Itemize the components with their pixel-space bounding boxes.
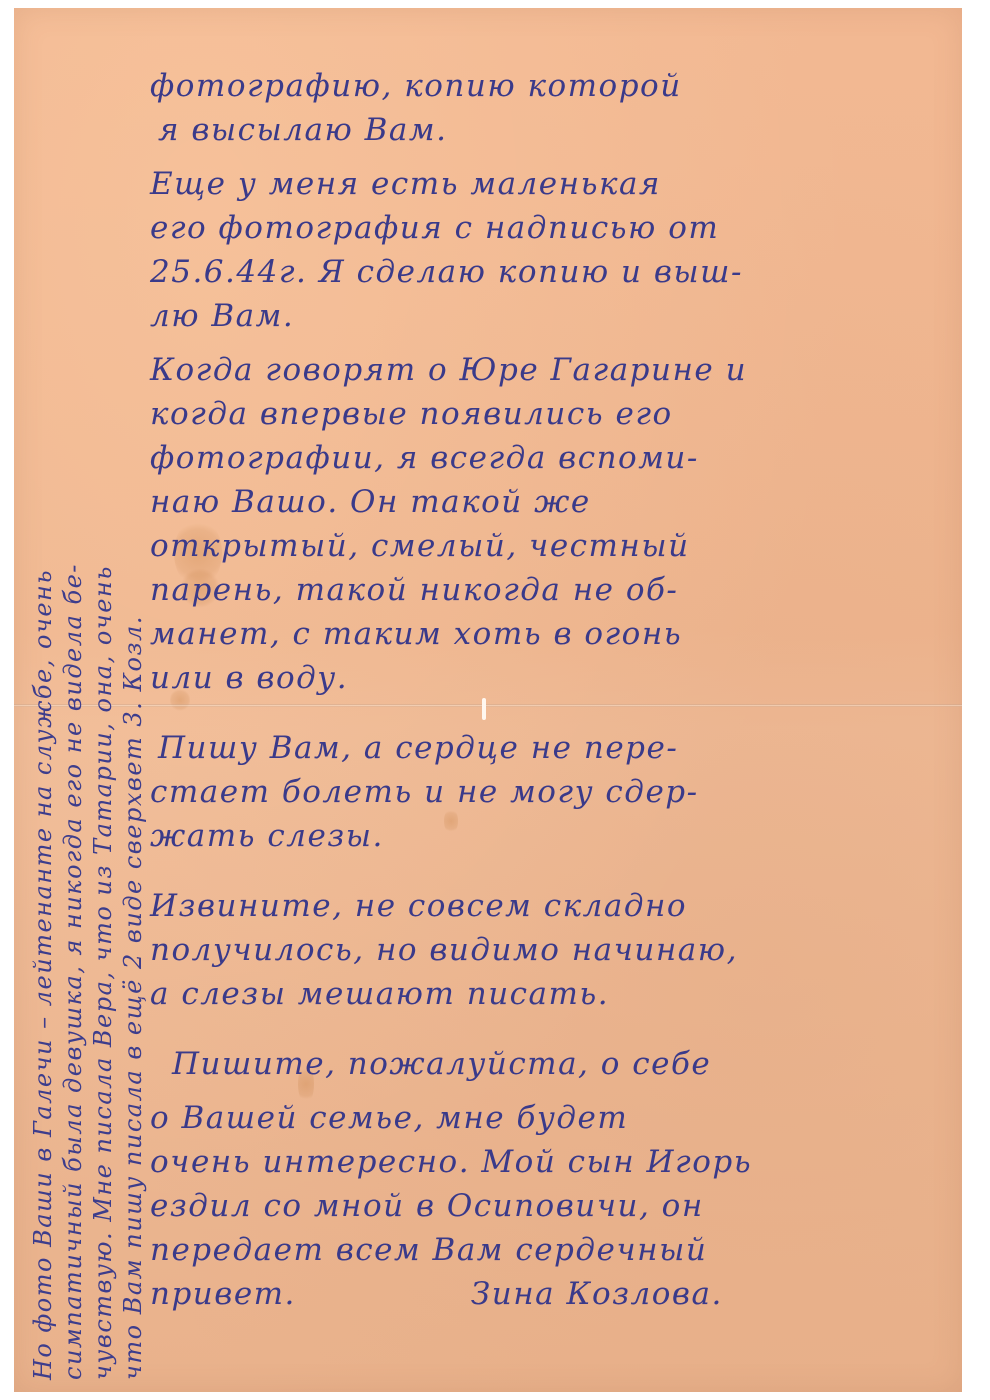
letter-line: 25.6.44г. Я сделаю копию и выш- — [150, 250, 950, 294]
letter-line: парень, такой никогда не об- — [150, 568, 950, 612]
letter-line: Еще у меня есть маленькая — [150, 162, 950, 206]
letter-line: манет, с таким хоть в огонь — [150, 612, 950, 656]
letter-line: Извините, не совсем складно — [150, 884, 950, 928]
letter-line: Пишу Вам, а сердце не пере- — [150, 726, 950, 770]
letter-line: Когда говорят о Юре Гагарине и — [150, 348, 950, 392]
letter-line: фотографию, копию которой — [150, 64, 950, 108]
margin-note: Но фото Ваши в Галечи – лейтенанте на сл… — [28, 80, 148, 1380]
margin-line: Но фото Ваши в Галечи – лейтенанте на сл… — [28, 80, 58, 1380]
letter-line: или в воду. — [150, 656, 950, 700]
letter-line: жать слезы. — [150, 814, 950, 858]
letter-line: когда впервые появились его — [150, 392, 950, 436]
letter-line: фотографии, я всегда вспоми- — [150, 436, 950, 480]
closing-word: привет. — [150, 1276, 296, 1312]
letter-line: стает болеть и не могу сдер- — [150, 770, 950, 814]
letter-line: очень интересно. Мой сын Игорь — [150, 1140, 950, 1184]
letter-line: открытый, смелый, честный — [150, 524, 950, 568]
signature: Зина Козлова. — [296, 1276, 723, 1312]
letter-line: Пишите, пожалуйста, о себе — [150, 1042, 950, 1086]
letter-body: фотографию, копию которой я высылаю Вам.… — [150, 64, 950, 1316]
letter-line: получилось, но видимо начинаю, — [150, 928, 950, 972]
letter-line: ездил со мной в Осиповичи, он — [150, 1184, 950, 1228]
letter-line: о Вашей семье, мне будет — [150, 1096, 950, 1140]
margin-line: симпатичный была девушка, я никогда его … — [58, 80, 88, 1380]
letter-line: его фотография с надписью от — [150, 206, 950, 250]
margin-line: чувствую. Мне писала Вера, что из Татари… — [88, 80, 118, 1380]
letter-line: наю Вашо. Он такой же — [150, 480, 950, 524]
letter-closing-line: привет.Зина Козлова. — [150, 1272, 950, 1316]
margin-line: что Вам пишу писала в ещё 2 виде сверхве… — [118, 80, 148, 1380]
letter-line: а слезы мешают писать. — [150, 972, 950, 1016]
letter-line: передает всем Вам сердечный — [150, 1228, 950, 1272]
letter-line: я высылаю Вам. — [150, 108, 950, 152]
letter-line: лю Вам. — [150, 294, 950, 338]
